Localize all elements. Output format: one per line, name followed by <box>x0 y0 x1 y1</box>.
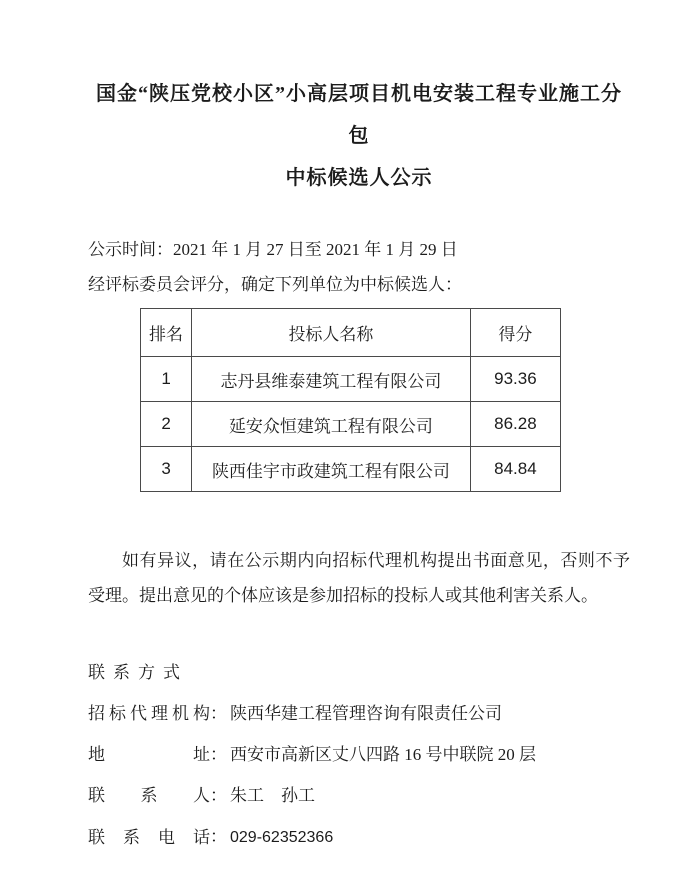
contact-label: 联系电话 <box>88 828 210 848</box>
contact-label: 招标代理机构 <box>88 704 210 724</box>
score-cell: 84.84 <box>470 447 560 492</box>
contact-colon: ： <box>210 745 227 765</box>
score-cell: 86.28 <box>470 402 560 447</box>
bidder-cell: 延安众恒建筑工程有限公司 <box>192 402 471 447</box>
document-page: 国金“陕压党校小区”小高层项目机电安装工程专业施工分包 中标候选人公示 公示时间… <box>0 0 700 873</box>
page-title: 国金“陕压党校小区”小高层项目机电安装工程专业施工分包 中标候选人公示 <box>88 73 630 199</box>
table-row: 3 陕西佳宇市政建筑工程有限公司 84.84 <box>141 447 561 492</box>
table-header-row: 排名 投标人名称 得分 <box>141 309 561 357</box>
table-header-score: 得分 <box>470 309 560 357</box>
bidder-cell: 志丹县维泰建筑工程有限公司 <box>192 357 471 402</box>
title-line-2: 中标候选人公示 <box>88 157 630 199</box>
contact-item-phone: 联系电话：029-62352366 <box>88 827 630 848</box>
contact-value: 西安市高新区丈八四路 16 号中联院 20 层 <box>227 745 536 764</box>
rank-cell: 1 <box>141 357 192 402</box>
contact-value: 朱工 孙工 <box>227 786 315 805</box>
publicity-period-text: 公示时间：2021 年 1 月 27 日至 2021 年 1 月 29 日 <box>88 240 630 260</box>
table-header-bidder: 投标人名称 <box>192 309 471 357</box>
contact-colon: ： <box>210 786 227 806</box>
contact-item-agency: 招标代理机构：陕西华建工程管理咨询有限责任公司 <box>88 704 630 724</box>
rank-cell: 3 <box>141 447 192 492</box>
candidates-table: 排名 投标人名称 得分 1 志丹县维泰建筑工程有限公司 93.36 2 延安众恒… <box>140 308 561 492</box>
contact-item-address: 地址：西安市高新区丈八四路 16 号中联院 20 层 <box>88 745 630 765</box>
bidder-cell: 陕西佳宇市政建筑工程有限公司 <box>192 447 471 492</box>
contact-heading: 联系方式 <box>88 663 630 683</box>
contact-colon: ： <box>210 704 227 724</box>
table-row: 2 延安众恒建筑工程有限公司 86.28 <box>141 402 561 447</box>
objection-paragraph: 如有异议，请在公示期内向招标代理机构提出书面意见，否则不予受理。提出意见的个体应… <box>88 543 630 613</box>
contact-value: 029-62352366 <box>227 829 333 846</box>
intro-text: 经评标委员会评分，确定下列单位为中标候选人： <box>88 275 630 295</box>
contact-colon: ： <box>210 827 227 847</box>
contact-item-person: 联系人：朱工 孙工 <box>88 786 630 806</box>
table-header-rank: 排名 <box>141 309 192 357</box>
contact-label: 地址 <box>88 745 210 765</box>
score-cell: 93.36 <box>470 357 560 402</box>
contact-label: 联系人 <box>88 786 210 806</box>
contact-value: 陕西华建工程管理咨询有限责任公司 <box>227 704 502 723</box>
table-row: 1 志丹县维泰建筑工程有限公司 93.36 <box>141 357 561 402</box>
document-content: 国金“陕压党校小区”小高层项目机电安装工程专业施工分包 中标候选人公示 公示时间… <box>88 73 630 848</box>
title-line-1: 国金“陕压党校小区”小高层项目机电安装工程专业施工分包 <box>88 73 630 157</box>
rank-cell: 2 <box>141 402 192 447</box>
